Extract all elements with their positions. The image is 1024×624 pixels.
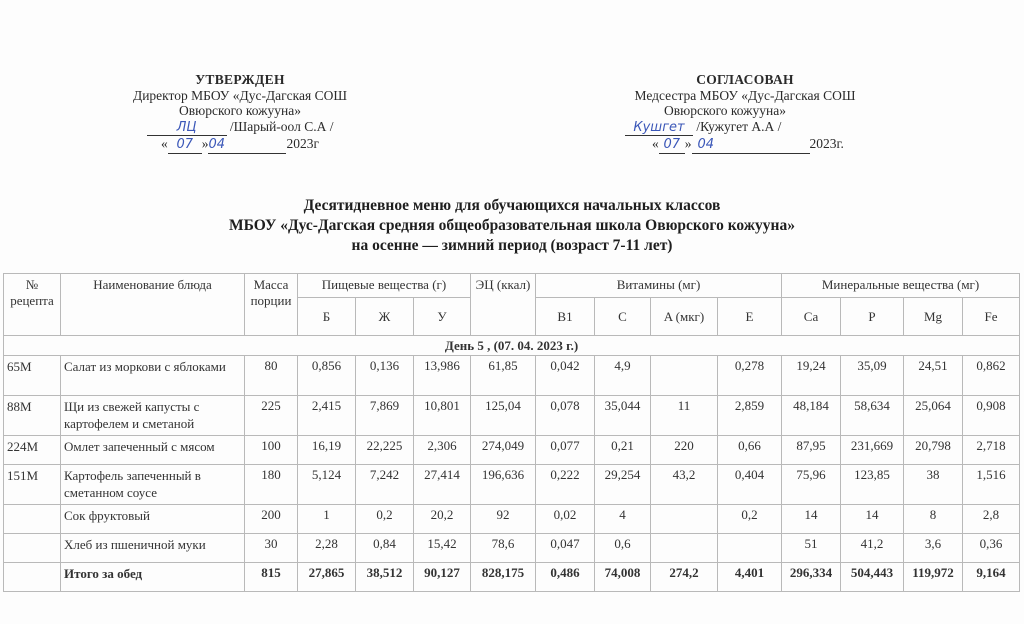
c-cell: 4 bbox=[595, 505, 651, 534]
b1-cell: 0,042 bbox=[536, 356, 595, 396]
recipe-no-cell bbox=[4, 505, 61, 534]
recipe-no-cell: 224М bbox=[4, 436, 61, 465]
ca-cell: 48,184 bbox=[782, 396, 841, 436]
total-fe-cell: 9,164 bbox=[963, 563, 1020, 592]
table-row: 88МЩи из свежей капусты с картофелем и с… bbox=[4, 396, 1020, 436]
date-month: 04 bbox=[208, 137, 225, 152]
dish-name-cell: Хлеб из пшеничной муки bbox=[61, 534, 245, 563]
fe-cell: 0,36 bbox=[963, 534, 1020, 563]
mg-cell: 8 bbox=[904, 505, 963, 534]
e-cell bbox=[718, 534, 782, 563]
ec-cell: 92 bbox=[471, 505, 536, 534]
signature: ЛЦ bbox=[177, 120, 197, 135]
mass-cell: 180 bbox=[245, 465, 298, 505]
fe-cell: 0,862 bbox=[963, 356, 1020, 396]
subheader-cell: B1 bbox=[536, 298, 595, 336]
mass-cell: 100 bbox=[245, 436, 298, 465]
u-cell: 20,2 bbox=[414, 505, 471, 534]
a-cell: 220 bbox=[651, 436, 718, 465]
ec-cell: 196,636 bbox=[471, 465, 536, 505]
c-cell: 29,254 bbox=[595, 465, 651, 505]
subheader-cell: Ж bbox=[356, 298, 414, 336]
document-title: Десятидневное меню для обучающихся начал… bbox=[0, 196, 1024, 256]
agreement-block: СОГЛАСОВАН Медсестра МБОУ «Дус-Дагская С… bbox=[600, 72, 890, 154]
signature: Кушгет bbox=[633, 120, 684, 135]
p-cell: 14 bbox=[841, 505, 904, 534]
c-cell: 35,044 bbox=[595, 396, 651, 436]
agreement-signature-line: Кушгет /Кужугет А.А / bbox=[600, 119, 890, 137]
b-cell: 16,19 bbox=[298, 436, 356, 465]
zh-cell: 22,225 bbox=[356, 436, 414, 465]
b1-cell: 0,222 bbox=[536, 465, 595, 505]
approval-org: Овюрского кожууна» bbox=[95, 103, 385, 119]
subheader-cell: E bbox=[718, 298, 782, 336]
u-cell: 15,42 bbox=[414, 534, 471, 563]
total-b-cell: 27,865 bbox=[298, 563, 356, 592]
mass-cell: 225 bbox=[245, 396, 298, 436]
total-a-cell: 274,2 bbox=[651, 563, 718, 592]
approval-heading: УТВЕРЖДЕН bbox=[95, 72, 385, 88]
fe-cell: 2,718 bbox=[963, 436, 1020, 465]
total-row: Итого за обед81527,86538,51290,127828,17… bbox=[4, 563, 1020, 592]
total-e-cell: 4,401 bbox=[718, 563, 782, 592]
header-recipe-no: № рецепта bbox=[4, 274, 61, 336]
p-cell: 41,2 bbox=[841, 534, 904, 563]
b-cell: 5,124 bbox=[298, 465, 356, 505]
mg-cell: 38 bbox=[904, 465, 963, 505]
total-ca-cell: 296,334 bbox=[782, 563, 841, 592]
b1-cell: 0,078 bbox=[536, 396, 595, 436]
b-cell: 0,856 bbox=[298, 356, 356, 396]
ca-cell: 75,96 bbox=[782, 465, 841, 505]
u-cell: 10,801 bbox=[414, 396, 471, 436]
p-cell: 123,85 bbox=[841, 465, 904, 505]
c-cell: 0,6 bbox=[595, 534, 651, 563]
subheader-cell: Fe bbox=[963, 298, 1020, 336]
agreement-date: «07»042023г. bbox=[600, 136, 890, 154]
e-cell: 2,859 bbox=[718, 396, 782, 436]
total-mass-cell: 815 bbox=[245, 563, 298, 592]
date-year: 2023г. bbox=[810, 136, 844, 151]
empty-cell bbox=[4, 563, 61, 592]
total-ec-cell: 828,175 bbox=[471, 563, 536, 592]
table-row: 65МСалат из моркови с яблоками800,8560,1… bbox=[4, 356, 1020, 396]
total-mg-cell: 119,972 bbox=[904, 563, 963, 592]
subheader-cell: Б bbox=[298, 298, 356, 336]
day-label: День 5 , (07. 04. 2023 г.) bbox=[4, 336, 1020, 356]
e-cell: 0,404 bbox=[718, 465, 782, 505]
total-c-cell: 74,008 bbox=[595, 563, 651, 592]
total-b1-cell: 0,486 bbox=[536, 563, 595, 592]
fe-cell: 0,908 bbox=[963, 396, 1020, 436]
table-row: 224МОмлет запеченный с мясом10016,1922,2… bbox=[4, 436, 1020, 465]
a-cell: 11 bbox=[651, 396, 718, 436]
header-dish-name: Наименование блюда bbox=[61, 274, 245, 336]
header-vitamins: Витамины (мг) bbox=[536, 274, 782, 298]
menu-table: № рецепта Наименование блюда Масса порци… bbox=[3, 273, 1020, 592]
agreement-position: Медсестра МБОУ «Дус-Дагская СОШ bbox=[600, 88, 890, 104]
zh-cell: 7,242 bbox=[356, 465, 414, 505]
total-label: Итого за обед bbox=[61, 563, 245, 592]
recipe-no-cell bbox=[4, 534, 61, 563]
dish-name-cell: Щи из свежей капусты с картофелем и смет… bbox=[61, 396, 245, 436]
header-energy: ЭЦ (ккал) bbox=[471, 274, 536, 336]
b1-cell: 0,077 bbox=[536, 436, 595, 465]
c-cell: 4,9 bbox=[595, 356, 651, 396]
approval-signature-line: ЛЦ /Шарый-оол С.А / bbox=[95, 119, 385, 137]
approval-block: УТВЕРЖДЕН Директор МБОУ «Дус-Дагская СОШ… bbox=[95, 72, 385, 154]
header-minerals: Минеральные вещества (мг) bbox=[782, 274, 1020, 298]
e-cell: 0,66 bbox=[718, 436, 782, 465]
u-cell: 2,306 bbox=[414, 436, 471, 465]
ca-cell: 87,95 bbox=[782, 436, 841, 465]
date-year: 2023г bbox=[286, 136, 319, 151]
mg-cell: 24,51 bbox=[904, 356, 963, 396]
table-row: Хлеб из пшеничной муки302,280,8415,4278,… bbox=[4, 534, 1020, 563]
recipe-no-cell: 65М bbox=[4, 356, 61, 396]
zh-cell: 7,869 bbox=[356, 396, 414, 436]
zh-cell: 0,136 bbox=[356, 356, 414, 396]
subheader-cell: P bbox=[841, 298, 904, 336]
mg-cell: 25,064 bbox=[904, 396, 963, 436]
subheader-cell: C bbox=[595, 298, 651, 336]
agreement-org: Овюрского кожууна» bbox=[600, 103, 850, 119]
fe-cell: 2,8 bbox=[963, 505, 1020, 534]
ca-cell: 14 bbox=[782, 505, 841, 534]
agreement-heading: СОГЛАСОВАН bbox=[600, 72, 890, 88]
approval-position: Директор МБОУ «Дус-Дагская СОШ bbox=[95, 88, 385, 104]
ec-cell: 61,85 bbox=[471, 356, 536, 396]
subheader-cell: Ca bbox=[782, 298, 841, 336]
date-day: 07 bbox=[663, 137, 680, 152]
ec-cell: 125,04 bbox=[471, 396, 536, 436]
p-cell: 231,669 bbox=[841, 436, 904, 465]
date-day: 07 bbox=[176, 137, 193, 152]
b-cell: 2,415 bbox=[298, 396, 356, 436]
ca-cell: 19,24 bbox=[782, 356, 841, 396]
table-row: 151МКартофель запеченный в сметанном соу… bbox=[4, 465, 1020, 505]
p-cell: 58,634 bbox=[841, 396, 904, 436]
zh-cell: 0,2 bbox=[356, 505, 414, 534]
mg-cell: 20,798 bbox=[904, 436, 963, 465]
subheader-cell: Mg bbox=[904, 298, 963, 336]
a-cell bbox=[651, 356, 718, 396]
signer-name: /Кужугет А.А / bbox=[696, 119, 781, 134]
a-cell: 43,2 bbox=[651, 465, 718, 505]
mg-cell: 3,6 bbox=[904, 534, 963, 563]
mass-cell: 30 bbox=[245, 534, 298, 563]
a-cell bbox=[651, 505, 718, 534]
subheader-cell: A (мкг) bbox=[651, 298, 718, 336]
e-cell: 0,278 bbox=[718, 356, 782, 396]
u-cell: 13,986 bbox=[414, 356, 471, 396]
mass-cell: 200 bbox=[245, 505, 298, 534]
header-nutrients: Пищевые вещества (г) bbox=[298, 274, 471, 298]
dish-name-cell: Салат из моркови с яблоками bbox=[61, 356, 245, 396]
total-p-cell: 504,443 bbox=[841, 563, 904, 592]
dish-name-cell: Омлет запеченный с мясом bbox=[61, 436, 245, 465]
fe-cell: 1,516 bbox=[963, 465, 1020, 505]
header-portion: Масса порции bbox=[245, 274, 298, 336]
total-u-cell: 90,127 bbox=[414, 563, 471, 592]
dish-name-cell: Картофель запеченный в сметанном соусе bbox=[61, 465, 245, 505]
table-row: Сок фруктовый20010,220,2920,0240,2141482… bbox=[4, 505, 1020, 534]
signer-name: /Шарый-оол С.А / bbox=[230, 119, 334, 134]
u-cell: 27,414 bbox=[414, 465, 471, 505]
subheader-cell: У bbox=[414, 298, 471, 336]
b-cell: 2,28 bbox=[298, 534, 356, 563]
e-cell: 0,2 bbox=[718, 505, 782, 534]
date-month: 04 bbox=[698, 137, 715, 152]
a-cell bbox=[651, 534, 718, 563]
ca-cell: 51 bbox=[782, 534, 841, 563]
dish-name-cell: Сок фруктовый bbox=[61, 505, 245, 534]
b1-cell: 0,047 bbox=[536, 534, 595, 563]
recipe-no-cell: 88М bbox=[4, 396, 61, 436]
ec-cell: 78,6 bbox=[471, 534, 536, 563]
p-cell: 35,09 bbox=[841, 356, 904, 396]
ec-cell: 274,049 bbox=[471, 436, 536, 465]
c-cell: 0,21 bbox=[595, 436, 651, 465]
approval-date: «07»042023г bbox=[95, 136, 385, 154]
recipe-no-cell: 151М bbox=[4, 465, 61, 505]
b1-cell: 0,02 bbox=[536, 505, 595, 534]
zh-cell: 0,84 bbox=[356, 534, 414, 563]
total-zh-cell: 38,512 bbox=[356, 563, 414, 592]
b-cell: 1 bbox=[298, 505, 356, 534]
mass-cell: 80 bbox=[245, 356, 298, 396]
